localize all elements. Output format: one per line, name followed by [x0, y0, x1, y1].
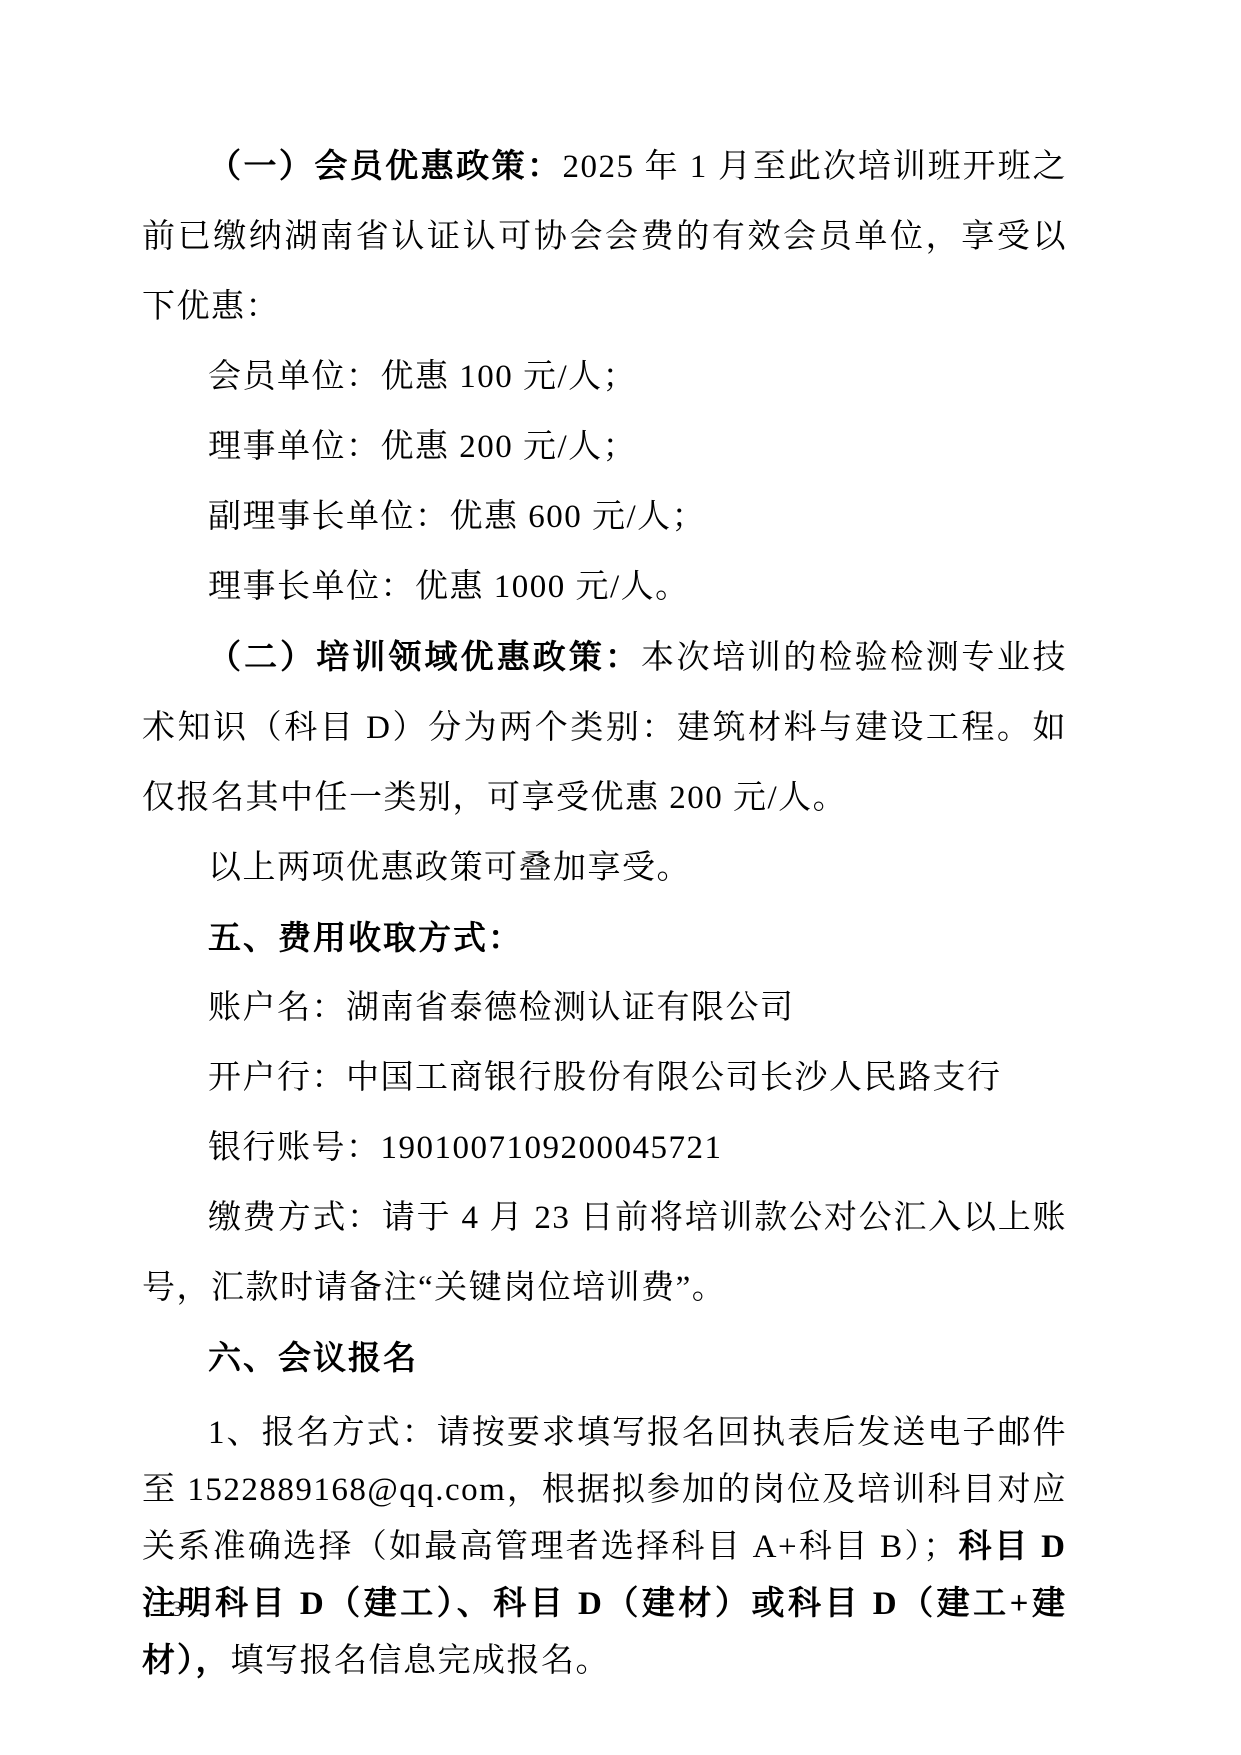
para-payment-method: 缴费方式：请于 4 月 23 日前将培训款公对公汇入以上账号，汇款时请备注“关键… [142, 1183, 1067, 1323]
line-bank-account-number: 银行账号：1901007109200045721 [142, 1113, 1067, 1183]
discount-line-director-unit: 理事单位：优惠 200 元/人； [142, 412, 1067, 482]
para-registration-method: 1、报名方式：请按要求填写报名回执表后发送电子邮件至 1522889168@qq… [142, 1405, 1067, 1690]
document-page: （一）会员优惠政策：2025 年 1 月至此次培训班开班之前已缴纳湖南省认证认可… [0, 0, 1241, 1755]
registration-text-part2: 填写报名信息完成报名。 [231, 1643, 611, 1679]
line-account-name: 账户名：湖南省泰德检测认证有限公司 [142, 973, 1067, 1043]
para-member-discount-policy: （一）会员优惠政策：2025 年 1 月至此次培训班开班之前已缴纳湖南省认证认可… [142, 131, 1067, 342]
para-training-field-policy: （二）培训领域优惠政策：本次培训的检验检测专业技术知识（科目 D）分为两个类别：… [142, 622, 1067, 833]
discount-line-chairman-unit: 理事长单位：优惠 1000 元/人。 [142, 552, 1067, 622]
registration-text-part1: 1、报名方式：请按要求填写报名回执表后发送电子邮件至 1522889168@qq… [142, 1415, 1067, 1565]
para-stackable-note: 以上两项优惠政策可叠加享受。 [142, 833, 1067, 903]
page-number: - 3 - [153, 1596, 205, 1622]
heading-section5-fee-collection: 五、费用收取方式： [142, 903, 1067, 973]
document-body: （一）会员优惠政策：2025 年 1 月至此次培训班开班之前已缴纳湖南省认证认可… [142, 131, 1067, 1690]
discount-line-vice-chairman-unit: 副理事长单位：优惠 600 元/人； [142, 482, 1067, 552]
member-policy-label: （一）会员优惠政策： [208, 147, 562, 184]
heading-section6-registration: 六、会议报名 [142, 1323, 1067, 1393]
training-policy-label: （二）培训领域优惠政策： [208, 638, 641, 675]
discount-line-member-unit: 会员单位：优惠 100 元/人； [142, 342, 1067, 412]
line-bank-branch: 开户行：中国工商银行股份有限公司长沙人民路支行 [142, 1043, 1067, 1113]
